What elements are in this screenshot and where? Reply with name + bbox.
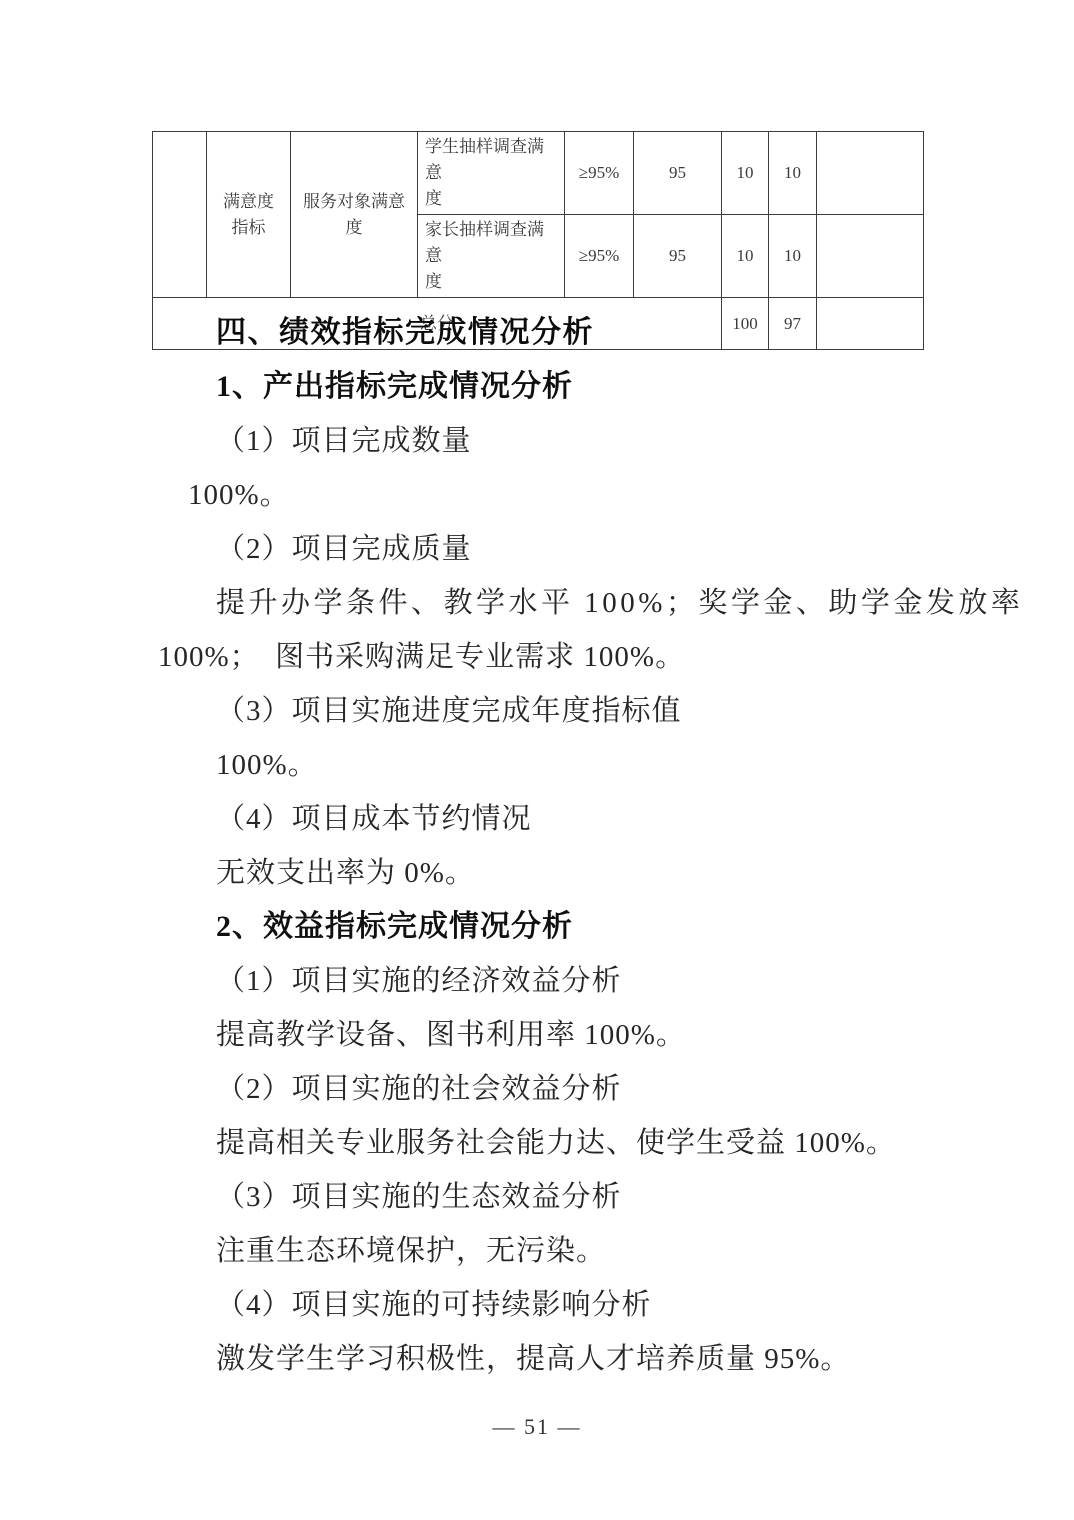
cell-score-student: 10 (769, 132, 817, 215)
para-eco-detail: 注重生态环境保护，无污染。 (158, 1224, 918, 1278)
para-economic-detail: 提高教学设备、图书利用率 100%。 (158, 1008, 918, 1062)
document-page: 满意度 指标 服务对象满意 度 学生抽样调查满意 度 ≥95% 95 10 10… (0, 0, 1074, 1520)
para-quantity-value: 100%。 (158, 468, 918, 522)
para-cost-saving: （4）项目成本节约情况 (158, 792, 918, 846)
para-cost-value: 无效支出率为 0%。 (158, 846, 918, 900)
cell-weight-parent: 10 (722, 215, 769, 298)
cell-indicator-student: 学生抽样调查满意 度 (418, 132, 565, 215)
para-eco-benefit: （3）项目实施的生态效益分析 (158, 1170, 918, 1224)
cell-score-parent: 10 (769, 215, 817, 298)
para-sustain-benefit: （4）项目实施的可持续影响分析 (158, 1278, 918, 1332)
heading-section-4: 四、绩效指标完成情况分析 (158, 306, 918, 360)
para-project-quality: （2）项目完成质量 (158, 522, 918, 576)
para-social-detail: 提高相关专业服务社会能力达、使学生受益 100%。 (158, 1116, 918, 1170)
cell-weight-student: 10 (722, 132, 769, 215)
heading-output-analysis: 1、产出指标完成情况分析 (158, 360, 918, 414)
para-progress: （3）项目实施进度完成年度指标值 (158, 684, 918, 738)
cell-target-student: ≥95% (565, 132, 634, 215)
document-body: 四、绩效指标完成情况分析 1、产出指标完成情况分析 （1）项目完成数量 100%… (158, 306, 918, 1386)
para-social-benefit: （2）项目实施的社会效益分析 (158, 1062, 918, 1116)
cell-actual-parent: 95 (634, 215, 722, 298)
para-progress-value: 100%。 (158, 738, 918, 792)
page-number: — 51 — (0, 1412, 1074, 1442)
cell-category: 满意度 指标 (207, 132, 291, 298)
cell-remark-student (817, 132, 924, 215)
para-sustain-detail: 激发学生学习积极性，提高人才培养质量 95%。 (158, 1332, 918, 1386)
para-quality-detail-2: 100%； 图书采购满足专业需求 100%。 (158, 630, 918, 684)
para-quality-detail-1: 提升办学条件、教学水平 100%；奖学金、助学金发放率 (158, 576, 918, 630)
cell-remark-parent (817, 215, 924, 298)
para-project-quantity: （1）项目完成数量 (158, 414, 918, 468)
cell-actual-student: 95 (634, 132, 722, 215)
para-economic-benefit: （1）项目实施的经济效益分析 (158, 954, 918, 1008)
cell-target-parent: ≥95% (565, 215, 634, 298)
cell-rowgroup (153, 132, 207, 298)
cell-indicator-parent: 家长抽样调查满意 度 (418, 215, 565, 298)
heading-benefit-analysis: 2、效益指标完成情况分析 (158, 900, 918, 954)
cell-subcategory: 服务对象满意 度 (291, 132, 418, 298)
